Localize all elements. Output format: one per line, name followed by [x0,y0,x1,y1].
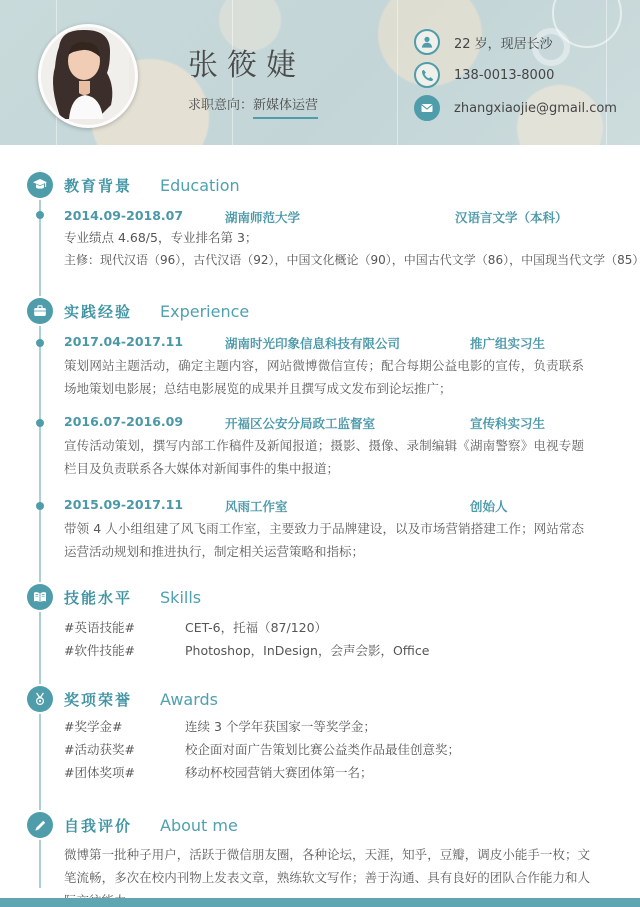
skills-title-en: Skills [160,588,201,607]
experience-header: 实践经验 Experience [27,298,249,324]
award-row-scholarship: #奖学金# 连续 3 个学年获国家一等奖学金； [64,717,584,735]
person-icon [414,29,440,55]
award-team-label: #团体奖项# [64,763,185,781]
section-awards: 奖项荣誉 Awards #奖学金# 连续 3 个学年获国家一等奖学金； #活动获… [0,686,640,796]
awards-title-cn: 奖项荣誉 [64,689,132,710]
texture-line [397,0,398,145]
experience-3-description: 带领 4 人小组组建了风飞雨工作室，主要致力于品牌建设，以及市场营销搭建工作；网… [64,517,584,563]
education-major: 汉语言文学（本科） [455,208,604,226]
open-book-icon [27,584,53,610]
education-courses-line: 主修：现代汉语（96），古代汉语（92），中国文化概论（90），中国古代文学（8… [64,251,640,268]
medal-icon [27,686,53,712]
education-header: 教育背景 Education [27,172,240,198]
section-about: 自我评价 About me 微博第一批种子用户，活跃于微信朋友圈，各种论坛，天涯… [0,812,640,897]
skill-software-value: Photoshop，InDesign，会声会影，Office [185,641,584,659]
experience-title-cn: 实践经验 [64,301,132,322]
briefcase-icon [27,298,53,324]
mail-icon [414,95,440,121]
about-header: 自我评价 About me [27,812,238,838]
experience-2-org: 开福区公安分局政工监督室 [225,414,470,432]
about-title-en: About me [160,816,238,835]
experience-1-description: 策划网站主题活动，确定主题内容，网站微博微信宣传；配合每期公益电影的宣传，负责联… [64,354,584,400]
education-title-cn: 教育背景 [64,175,132,196]
experience-1-date: 2017.04-2017.11 [64,334,225,352]
experience-3-role: 创始人 [470,497,604,515]
award-scholarship-label: #奖学金# [64,717,185,735]
skill-english-value: CET-6，托福（87/120） [185,618,584,636]
award-activity-label: #活动获奖# [64,740,185,758]
experience-entry-2: 2016.07-2016.09 开福区公安分局政工监督室 宣传科实习生 [64,414,604,432]
footer-bar [0,898,640,907]
contact-block: 22 岁，现居长沙 138-0013-8000 zhangxiaojie@gma… [414,28,617,127]
education-gpa-line: 专业绩点 4.68/5，专业排名第 3； [64,228,257,246]
skills-title-cn: 技能水平 [64,587,132,608]
experience-2-role: 宣传科实习生 [470,414,604,432]
awards-header: 奖项荣誉 Awards [27,686,218,712]
contact-row-age: 22 岁，现居长沙 [414,28,617,56]
contact-row-phone: 138-0013-8000 [414,61,617,89]
age-location-text: 22 岁，现居长沙 [454,33,553,52]
email-text: zhangxiaojie@gmail.com [454,101,617,116]
skill-english-label: #英语技能# [64,618,185,636]
portrait-illustration [41,27,129,119]
resume-page: 张筱婕 求职意向：新媒体运营 22 岁，现居长沙 138-0013-8000 [0,0,640,907]
about-title-cn: 自我评价 [64,815,132,836]
education-school: 湖南师范大学 [225,208,455,226]
job-objective: 求职意向：新媒体运营 [188,94,318,113]
experience-3-org: 风雨工作室 [225,497,470,515]
award-team-value: 移动杯校园营销大赛团体第一名； [185,763,584,781]
experience-3-date: 2015.09-2017.11 [64,497,225,515]
experience-2-date: 2016.07-2016.09 [64,414,225,432]
experience-1-role: 推广组实习生 [470,334,604,352]
experience-entry-1: 2017.04-2017.11 湖南时光印象信息科技有限公司 推广组实习生 [64,334,604,352]
section-experience: 实践经验 Experience 2017.04-2017.11 湖南时光印象信息… [0,298,640,578]
education-entry: 2014.09-2018.07 湖南师范大学 汉语言文学（本科） [64,208,604,226]
header: 张筱婕 求职意向：新媒体运营 22 岁，现居长沙 138-0013-8000 [0,0,640,145]
section-education: 教育背景 Education 2014.09-2018.07 湖南师范大学 汉语… [0,172,640,292]
contact-row-email: zhangxiaojie@gmail.com [414,94,617,122]
job-objective-value: 新媒体运营 [253,98,318,119]
experience-2-description: 宣传活动策划，撰写内部工作稿件及新闻报道；摄影、摄像、录制编辑《湖南警察》电视专… [64,434,584,480]
award-row-team: #团体奖项# 移动杯校园营销大赛团体第一名； [64,763,584,781]
award-scholarship-value: 连续 3 个学年获国家一等奖学金； [185,717,584,735]
award-row-activity: #活动获奖# 校企面对面广告策划比赛公益类作品最佳创意奖； [64,740,584,758]
awards-title-en: Awards [160,690,218,709]
education-title-en: Education [160,176,240,195]
award-activity-value: 校企面对面广告策划比赛公益类作品最佳创意奖； [185,740,584,758]
experience-entry-3: 2015.09-2017.11 风雨工作室 创始人 [64,497,604,515]
phone-icon [414,62,440,88]
education-date: 2014.09-2018.07 [64,208,225,226]
phone-text: 138-0013-8000 [454,68,554,83]
graduation-cap-icon [27,172,53,198]
skill-row-software: #软件技能# Photoshop，InDesign，会声会影，Office [64,641,584,659]
skills-header: 技能水平 Skills [27,584,201,610]
candidate-name: 张筱婕 [188,40,305,84]
skill-row-english: #英语技能# CET-6，托福（87/120） [64,618,584,636]
profile-photo [38,24,138,128]
experience-1-org: 湖南时光印象信息科技有限公司 [225,334,470,352]
section-skills: 技能水平 Skills #英语技能# CET-6，托福（87/120） #软件技… [0,584,640,684]
experience-title-en: Experience [160,302,249,321]
skill-software-label: #软件技能# [64,641,185,659]
pencil-icon [27,812,53,838]
job-objective-label: 求职意向： [188,98,253,113]
